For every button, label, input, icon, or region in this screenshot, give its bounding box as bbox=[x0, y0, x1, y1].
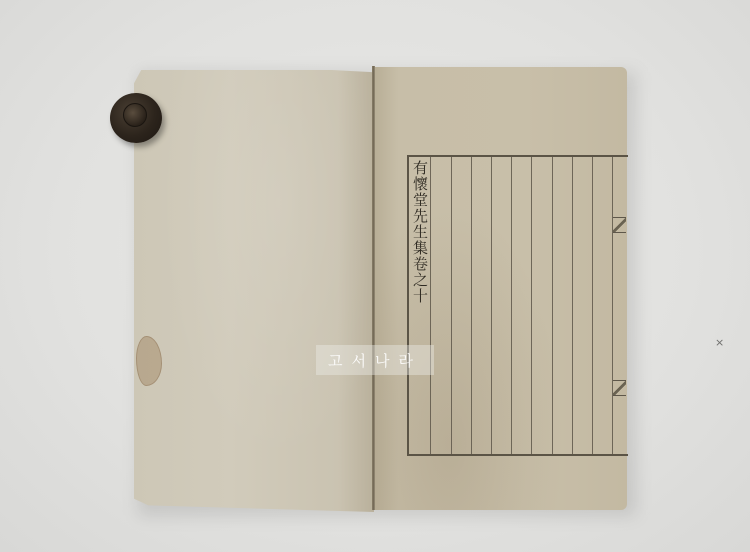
paperweight-knob bbox=[123, 103, 147, 127]
watermark: 고서나라 bbox=[316, 345, 434, 375]
surface-mark: × bbox=[715, 336, 724, 349]
column-line bbox=[572, 157, 573, 454]
fish-tail-ornament-bottom bbox=[613, 380, 626, 396]
column-line bbox=[552, 157, 553, 454]
column-line bbox=[592, 157, 593, 454]
photo-scene: 有懷堂先生集卷之十 고서나라 × bbox=[0, 0, 750, 552]
column-line bbox=[430, 157, 431, 454]
column-line bbox=[491, 157, 492, 454]
paperweight bbox=[110, 93, 162, 143]
column-line bbox=[451, 157, 452, 454]
fish-tail-ornament-top bbox=[613, 217, 626, 233]
left-page bbox=[134, 70, 374, 512]
book-title: 有懷堂先生集卷之十 bbox=[410, 160, 430, 304]
column-line bbox=[471, 157, 472, 454]
column-line bbox=[612, 157, 613, 454]
print-frame bbox=[407, 155, 628, 456]
column-line bbox=[531, 157, 532, 454]
book-spine bbox=[372, 66, 375, 510]
column-line bbox=[511, 157, 512, 454]
